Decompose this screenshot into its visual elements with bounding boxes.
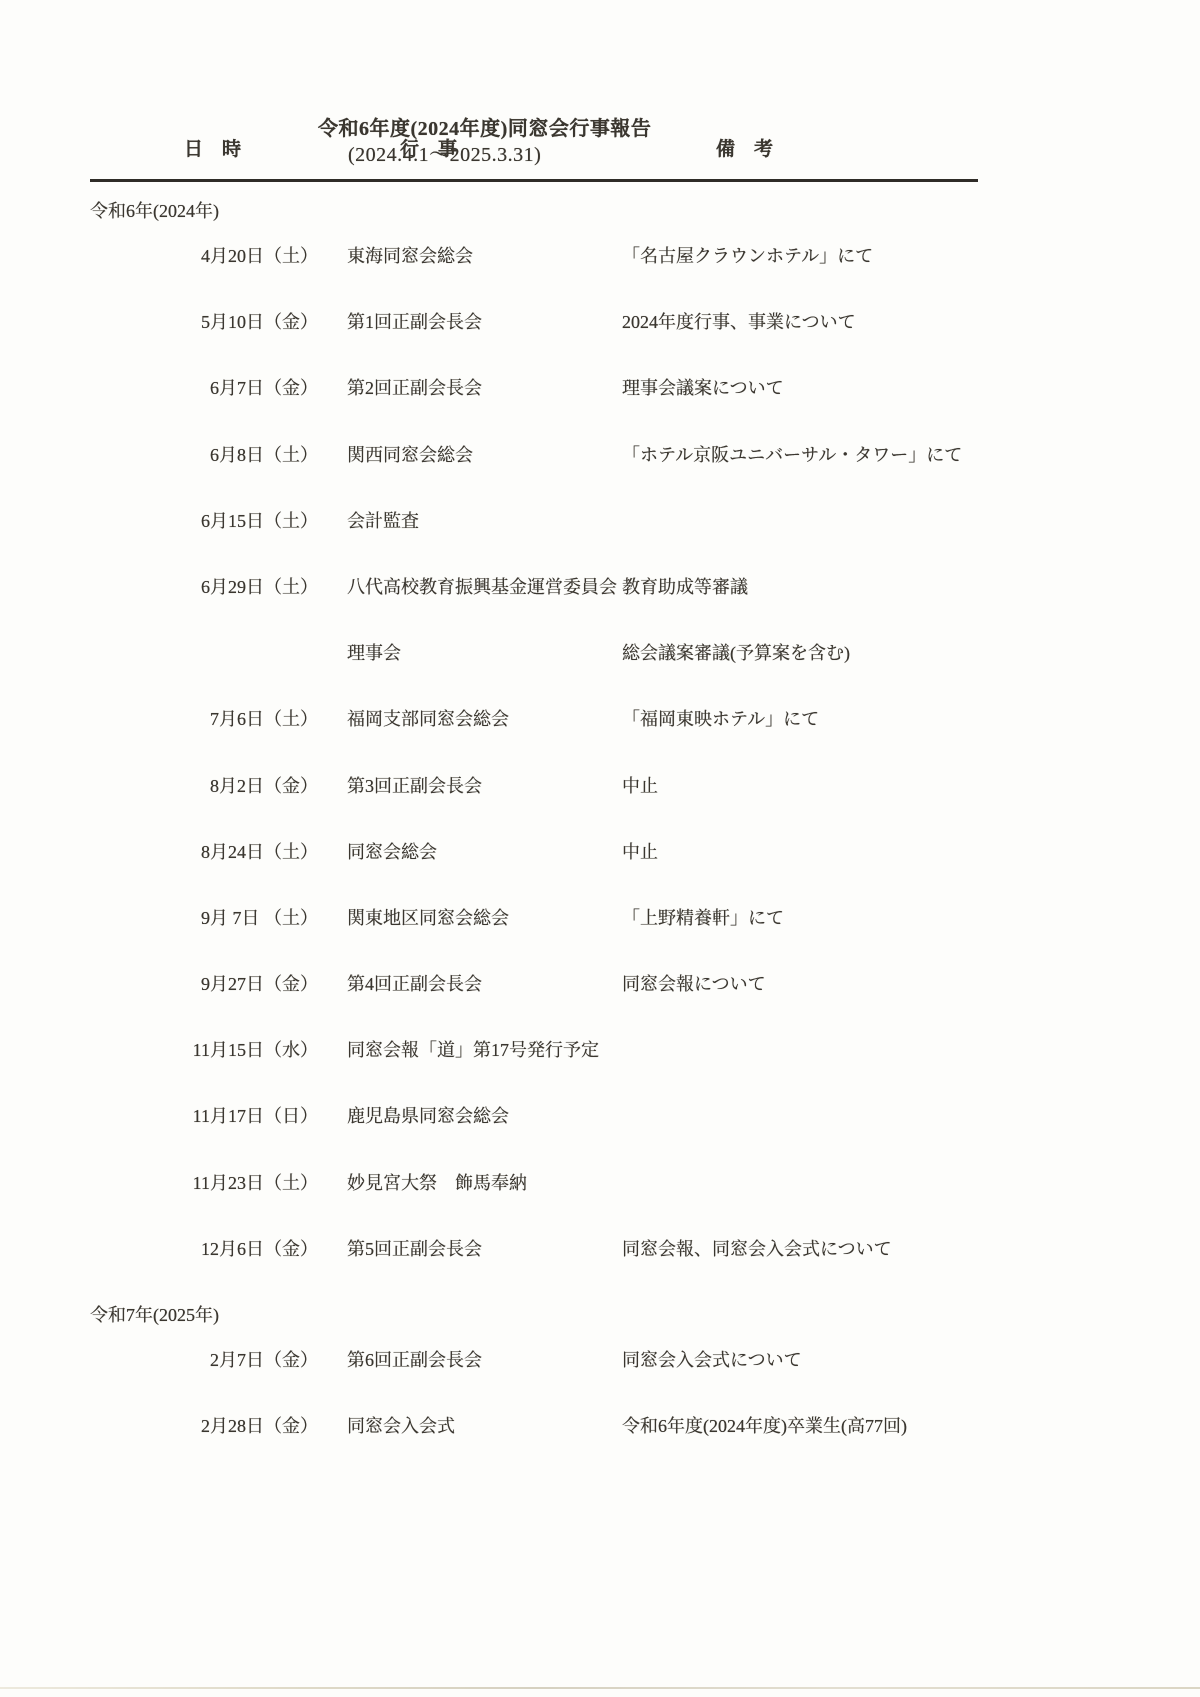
event-name: 同窓会入会式 [347, 1416, 622, 1437]
event-name: 東海同窓会総会 [347, 246, 622, 267]
event-date: 2月7日（金） [0, 1350, 318, 1371]
event-row: 6月8日（土）関西同窓会総会「ホテル京阪ユニバーサル・タワー」にて [0, 445, 1200, 511]
event-name: 第4回正副会長会 [347, 974, 622, 995]
event-remarks: 中止 [622, 842, 1200, 863]
event-row: 11月17日（日）鹿児島県同窓会総会 [0, 1106, 1200, 1172]
event-row: 9月27日（金）第4回正副会長会同窓会報について [0, 974, 1200, 1040]
event-name: 妙見宮大祭 飾馬奉納 [347, 1173, 622, 1194]
column-header-date: 日 時 [184, 139, 241, 161]
event-date: 6月15日（土） [0, 511, 318, 532]
event-date: 9月27日（金） [0, 974, 318, 995]
event-row: 2月7日（金）第6回正副会長会同窓会入会式について [0, 1350, 1200, 1416]
event-name: 同窓会総会 [347, 842, 622, 863]
event-name: 第1回正副会長会 [347, 312, 622, 333]
event-row: 11月23日（土）妙見宮大祭 飾馬奉納 [0, 1173, 1200, 1239]
event-date: 8月2日（金） [0, 776, 318, 797]
event-name: 八代高校教育振興基金運営委員会 [347, 577, 622, 598]
event-name: 鹿児島県同窓会総会 [347, 1106, 622, 1127]
event-name: 会計監査 [347, 511, 622, 532]
event-row: 8月2日（金）第3回正副会長会中止 [0, 776, 1200, 842]
event-remarks: 同窓会入会式について [622, 1350, 1200, 1371]
event-remarks: 同窓会報、同窓会入会式について [622, 1239, 1200, 1260]
event-row: 2月28日（金）同窓会入会式令和6年度(2024年度)卒業生(高77回) [0, 1416, 1200, 1482]
event-row: 12月6日（金）第5回正副会長会同窓会報、同窓会入会式について [0, 1239, 1200, 1305]
section-label: 令和6年(2024年) [0, 201, 1200, 246]
event-remarks: 理事会議案について [622, 378, 1200, 399]
event-remarks: 2024年度行事、事業について [622, 312, 1200, 333]
event-row: 4月20日（土）東海同窓会総会「名古屋クラウンホテル」にて [0, 246, 1200, 312]
event-row: 7月6日（土）福岡支部同窓会総会「福岡東映ホテル」にて [0, 709, 1200, 775]
event-name: 第2回正副会長会 [347, 378, 622, 399]
event-table: 令和6年(2024年)4月20日（土）東海同窓会総会「名古屋クラウンホテル」にて… [0, 201, 1200, 1482]
event-name: 理事会 [347, 643, 622, 664]
scan-bottom-edge [0, 1687, 1200, 1689]
column-header-remarks: 備 考 [716, 139, 773, 161]
event-row: 6月29日（土）八代高校教育振興基金運営委員会教育助成等審議 [0, 577, 1200, 643]
event-date: 9月 7日 （土） [0, 908, 318, 929]
event-date: 11月15日（水） [0, 1040, 318, 1061]
scanned-document-page: 令和6年度(2024年度)同窓会行事報告 (2024.4.1～2025.3.31… [0, 0, 1200, 1697]
event-row: 6月15日（土）会計監査 [0, 511, 1200, 577]
header-divider-line [90, 179, 978, 182]
event-date: 5月10日（金） [0, 312, 318, 333]
event-name: 関東地区同窓会総会 [347, 908, 622, 929]
event-row: 11月15日（水）同窓会報「道」第17号発行予定 [0, 1040, 1200, 1106]
event-name: 第5回正副会長会 [347, 1239, 622, 1260]
event-remarks: 令和6年度(2024年度)卒業生(高77回) [622, 1416, 1200, 1437]
event-row: 9月 7日 （土）関東地区同窓会総会「上野精養軒」にて [0, 908, 1200, 974]
column-header-event: 行 事 [400, 139, 457, 161]
event-remarks: 「福岡東映ホテル」にて [622, 709, 1200, 730]
event-remarks: 「名古屋クラウンホテル」にて [622, 246, 1200, 267]
event-date: 7月6日（土） [0, 709, 318, 730]
event-date: 8月24日（土） [0, 842, 318, 863]
event-date: 6月29日（土） [0, 577, 318, 598]
section-label: 令和7年(2025年) [0, 1305, 1200, 1350]
event-name: 関西同窓会総会 [347, 445, 622, 466]
event-remarks: 中止 [622, 776, 1200, 797]
event-name: 同窓会報「道」第17号発行予定 [347, 1040, 622, 1061]
event-remarks: 教育助成等審議 [622, 577, 1200, 598]
event-date: 6月7日（金） [0, 378, 318, 399]
event-remarks: 「ホテル京阪ユニバーサル・タワー」にて [622, 445, 1200, 466]
event-date: 12月6日（金） [0, 1239, 318, 1260]
event-date: 11月17日（日） [0, 1106, 318, 1127]
page-title: 令和6年度(2024年度)同窓会行事報告 [318, 118, 651, 140]
event-row: 理事会総会議案審議(予算案を含む) [0, 643, 1200, 709]
event-name: 第3回正副会長会 [347, 776, 622, 797]
event-name: 福岡支部同窓会総会 [347, 709, 622, 730]
event-row: 8月24日（土）同窓会総会中止 [0, 842, 1200, 908]
event-date: 11月23日（土） [0, 1173, 318, 1194]
event-date: 2月28日（金） [0, 1416, 318, 1437]
event-remarks: 総会議案審議(予算案を含む) [622, 643, 1200, 664]
event-remarks: 同窓会報について [622, 974, 1200, 995]
event-date: 6月8日（土） [0, 445, 318, 466]
event-date: 4月20日（土） [0, 246, 318, 267]
event-row: 6月7日（金）第2回正副会長会理事会議案について [0, 378, 1200, 444]
event-remarks: 「上野精養軒」にて [622, 908, 1200, 929]
event-row: 5月10日（金）第1回正副会長会2024年度行事、事業について [0, 312, 1200, 378]
event-name: 第6回正副会長会 [347, 1350, 622, 1371]
